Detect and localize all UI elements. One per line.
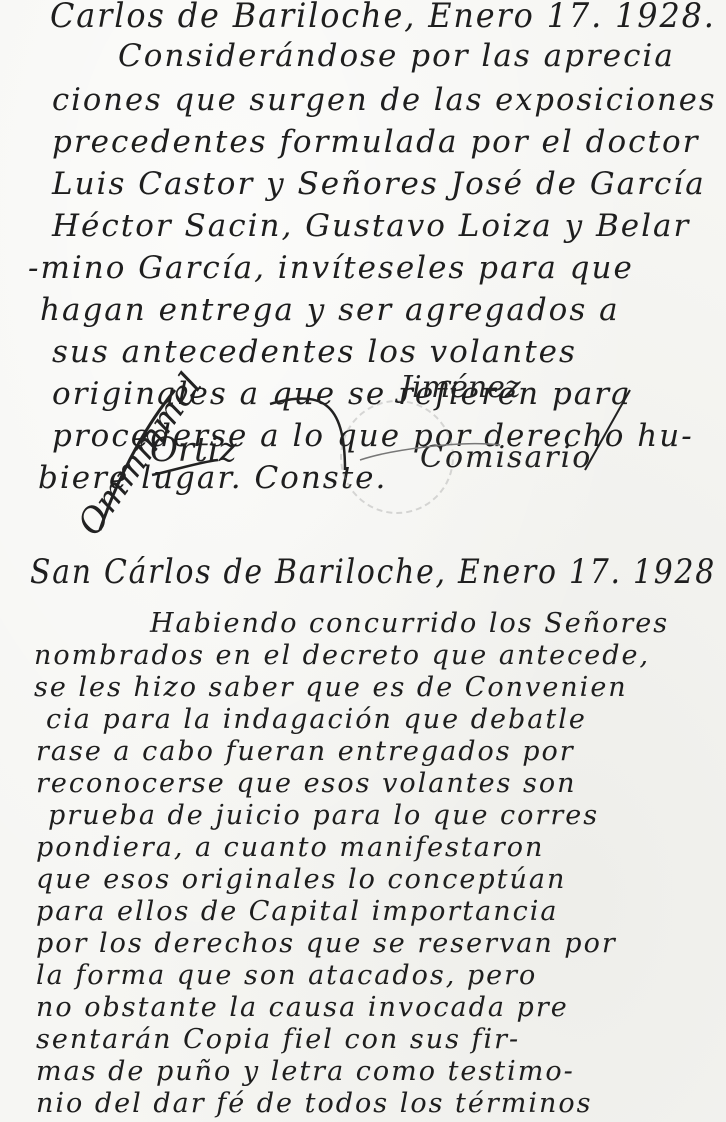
section2-line: la forma que son atacados, pero — [36, 960, 537, 991]
section2-line: se les hizo saber que es de Convenien — [34, 672, 628, 703]
section2-line: cia para la indagación que debatle — [46, 704, 587, 735]
section2-line: que esos originales lo conceptúan — [36, 864, 566, 895]
section2-line: pondiera, a cuanto manifestaron — [36, 832, 544, 863]
section2-line: por los derechos que se reservan por — [36, 928, 617, 959]
section2-line: rase a cabo fueran entregados por — [36, 736, 575, 767]
section2-line: nio del dar fé de todos los términos — [36, 1088, 593, 1119]
section2-line: prueba de juicio para lo que corres — [48, 800, 599, 831]
section2-line: sentarán Copia fiel con sus fir- — [36, 1024, 520, 1055]
section2-line: mas de puño y letra como testimo- — [36, 1056, 575, 1087]
section2-line: nombrados en el decreto que antecede, — [34, 640, 650, 671]
document-page: Carlos de Bariloche, Enero 17. 1928. Con… — [0, 0, 726, 1122]
section2-heading: San Cárlos de Bariloche, Enero 17. 1928 — [30, 552, 716, 592]
section2-line: no obstante la causa invocada pre — [36, 992, 569, 1023]
section2-line: para ellos de Capital importancia — [36, 896, 558, 927]
section2-line: reconocerse que esos volantes son — [36, 768, 577, 799]
section2-line: Habiendo concurrido los Señores — [150, 608, 669, 639]
